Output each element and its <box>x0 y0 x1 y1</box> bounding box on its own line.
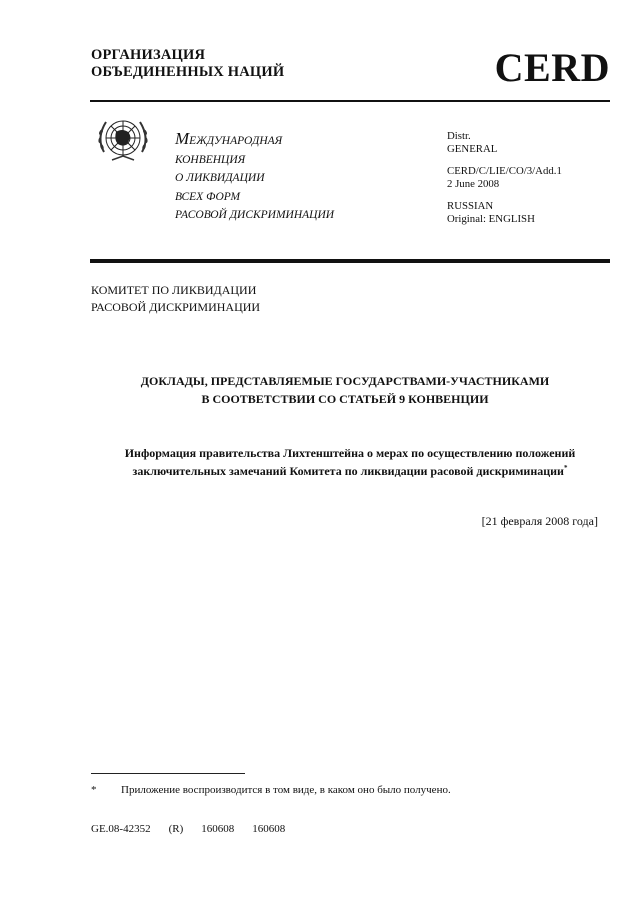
report-subtitle-line-2: заключительных замечаний Комитета по лик… <box>133 464 564 478</box>
convention-title: МЕЖДУНАРОДНАЯ КОНВЕНЦИЯ О ЛИКВИДАЦИИ ВСЕ… <box>175 130 334 225</box>
convention-initial: М <box>175 129 189 148</box>
convention-line-2: КОНВЕНЦИЯ <box>175 151 334 170</box>
document-language: RUSSIAN <box>447 200 562 213</box>
footnote-reference[interactable]: * <box>564 464 568 472</box>
submission-date: [21 февраля 2008 года] <box>482 514 598 529</box>
report-subtitle-line-1: Информация правительства Лихтенштейна о … <box>60 444 640 462</box>
organization-line-1: ОРГАНИЗАЦИЯ <box>91 47 284 64</box>
footnote-marker: * <box>91 784 121 796</box>
footnote: *Приложение воспроизводится в том виде, … <box>91 784 451 796</box>
report-subtitle: Информация правительства Лихтенштейна о … <box>0 444 640 480</box>
convention-line-4: ВСЕХ ФОРМ <box>175 188 334 207</box>
original-language: Original: ENGLISH <box>447 213 562 226</box>
job-language: (R) <box>169 823 184 835</box>
report-title-line-1: ДОКЛАДЫ, ПРЕДСТАВЛЯЕМЫЕ ГОСУДАРСТВАМИ-УЧ… <box>50 372 640 390</box>
distr-label: Distr. <box>447 130 562 143</box>
job-date-1: 160608 <box>201 823 234 835</box>
committee-name: КОМИТЕТ ПО ЛИКВИДАЦИИ РАСОВОЙ ДИСКРИМИНА… <box>91 282 260 316</box>
convention-line-1: МЕЖДУНАРОДНАЯ <box>175 130 334 151</box>
organization-name: ОРГАНИЗАЦИЯ ОБЪЕДИНЕННЫХ НАЦИЙ <box>91 47 284 81</box>
job-date-2: 160608 <box>252 823 285 835</box>
un-emblem-icon <box>94 112 152 168</box>
document-symbol-block: Distr. GENERAL CERD/C/LIE/CO/3/Add.1 2 J… <box>447 130 562 225</box>
document-symbol: CERD/C/LIE/CO/3/Add.1 <box>447 165 562 178</box>
report-subtitle-line-2-wrap: заключительных замечаний Комитета по лик… <box>60 462 640 480</box>
report-title-line-2: В СООТВЕТСТВИИ СО СТАТЬЕЙ 9 КОНВЕНЦИИ <box>50 390 640 408</box>
document-issue-date: 2 June 2008 <box>447 178 562 191</box>
committee-line-1: КОМИТЕТ ПО ЛИКВИДАЦИИ <box>91 282 260 299</box>
convention-line-3: О ЛИКВИДАЦИИ <box>175 169 334 188</box>
footnote-text: Приложение воспроизводится в том виде, в… <box>121 784 451 796</box>
header-divider <box>90 100 610 102</box>
convention-first-word: ЕЖДУНАРОДНАЯ <box>189 135 282 147</box>
organization-line-2: ОБЪЕДИНЕННЫХ НАЦИЙ <box>91 64 284 81</box>
masthead-divider <box>90 259 610 263</box>
series-code: CERD <box>495 46 610 90</box>
footnote-separator <box>91 773 245 774</box>
committee-line-2: РАСОВОЙ ДИСКРИМИНАЦИИ <box>91 299 260 316</box>
distr-value: GENERAL <box>447 143 562 156</box>
job-code: GE.08-42352 <box>91 823 151 835</box>
job-number: GE.08-42352(R)160608160608 <box>91 823 303 835</box>
report-title: ДОКЛАДЫ, ПРЕДСТАВЛЯЕМЫЕ ГОСУДАРСТВАМИ-УЧ… <box>0 372 640 408</box>
convention-line-5: РАСОВОЙ ДИСКРИМИНАЦИИ <box>175 206 334 225</box>
